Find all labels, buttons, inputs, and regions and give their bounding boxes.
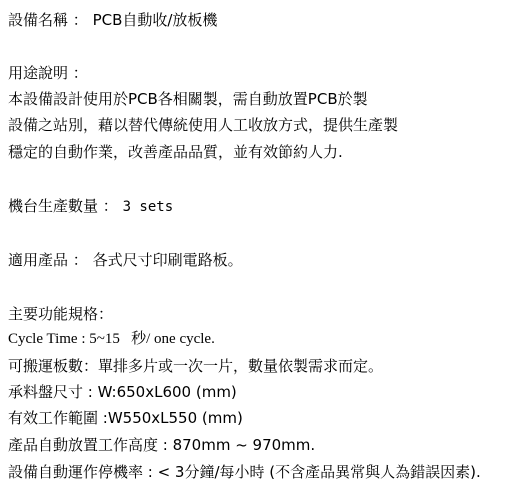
quantity-row: 機台生產數量 ： 3 sets: [8, 196, 173, 216]
applicable-label: 適用產品 ：: [8, 251, 88, 269]
purpose-line-2: 設備之站別，藉以替代傳統使用人工收放方式，提供生產製: [8, 115, 398, 135]
applicable-row: 適用產品 ： 各式尺寸印刷電路板。: [8, 250, 243, 270]
spec-placement-height: 產品自動放置工作高度 : 870mm ~ 970mm.: [8, 435, 315, 455]
quantity-value: 3 sets: [123, 199, 174, 215]
equipment-name-value: PCB自動收/放板機: [93, 11, 218, 29]
spec-downtime-rate: 設備自動運作停機率 : < 3分鐘/每小時 (不含產品異常與人為錯誤因素).: [8, 462, 481, 482]
applicable-value: 各式尺寸印刷電路板。: [93, 251, 243, 269]
spec-board-count: 可搬運板數：單排多片或一次一片，數量依製需求而定。: [8, 356, 383, 376]
specs-heading: 主要功能規格：: [8, 304, 113, 324]
quantity-label: 機台生產數量 ：: [8, 197, 118, 215]
purpose-heading: 用途說明 ：: [8, 63, 88, 83]
equipment-name-row: 設備名稱 ： PCB自動收/放板機: [8, 10, 217, 30]
purpose-line-1: 本設備設計使用於PCB各相關製，需自動放置PCB於製: [8, 89, 368, 109]
spec-tray-size: 承料盤尺寸 : W:650xL600 (mm): [8, 382, 237, 402]
purpose-line-3: 穩定的自動作業，改善產品品質，並有效節約人力.: [8, 142, 343, 162]
spec-work-range: 有效工作範圍 :W550xL550 (mm): [8, 408, 243, 428]
spec-cycle-time: Cycle Time : 5~15 秒/ one cycle.: [8, 329, 215, 349]
equipment-name-label: 設備名稱 ：: [8, 11, 88, 29]
